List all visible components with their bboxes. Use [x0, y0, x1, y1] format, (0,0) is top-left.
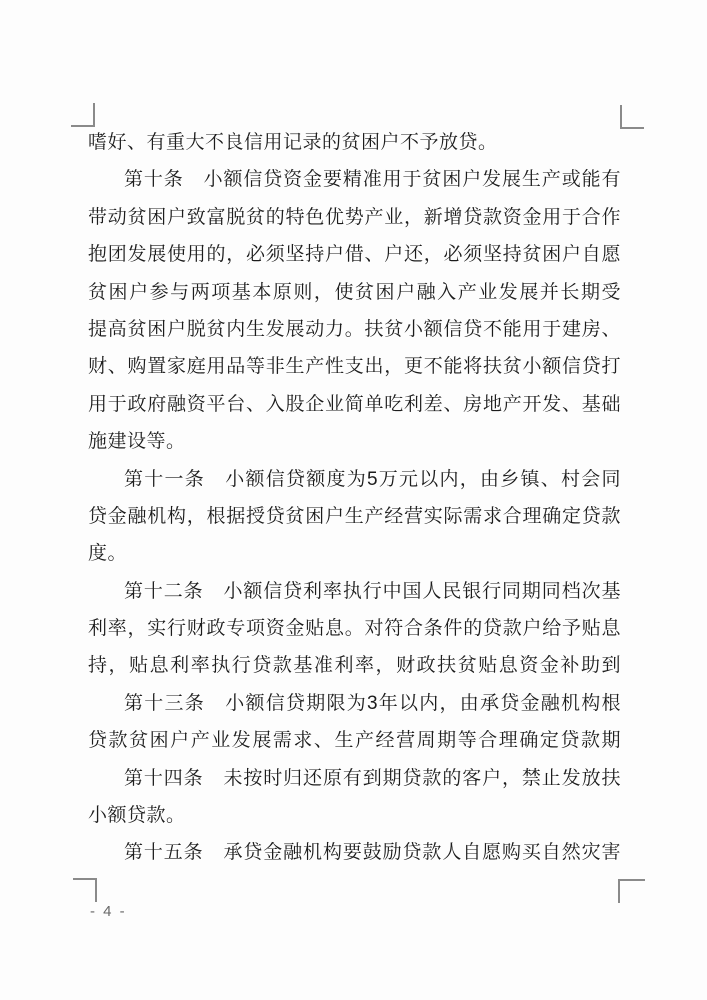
- body-line: 第十三条 小额信贷期限为3年以内，由承贷金融机构根据: [88, 685, 621, 722]
- body-line: 第十四条 未按时归还原有到期贷款的客户，禁止发放扶贫: [88, 760, 621, 797]
- body-line: 第十条 小额信贷资金要精准用于贫困户发展生产或能有效: [88, 161, 621, 198]
- body-line: 嗜好、有重大不良信用记录的贫困户不予放贷。: [88, 124, 621, 161]
- body-line: 持，贴息利率执行贷款基准利率，财政扶贫贴息资金补助到户。: [88, 647, 621, 684]
- body-line: 小额贷款。: [88, 797, 621, 834]
- document-body: 嗜好、有重大不良信用记录的贫困户不予放贷。第十条 小额信贷资金要精准用于贫困户发…: [88, 124, 621, 872]
- page-number: - 4 -: [90, 903, 127, 920]
- body-line: 第十二条 小额信贷利率执行中国人民银行同期同档次基准: [88, 573, 621, 610]
- body-line: 提高贫困户脱贫内生发展动力。扶贫小额信贷不能用于建房、理: [88, 311, 621, 348]
- body-line: 利率，实行财政专项资金贴息。对符合条件的贷款户给予贴息支: [88, 610, 621, 647]
- body-line: 贫困户参与两项基本原则，使贫困户融入产业发展并长期受益，: [88, 274, 621, 311]
- body-line: 度。: [88, 535, 621, 572]
- body-line: 带动贫困户致富脱贫的特色优势产业，新增贷款资金用于合作社: [88, 199, 621, 236]
- body-line: 财、购置家庭用品等非生产性支出，更不能将扶贫小额信贷打包: [88, 348, 621, 385]
- body-line: 用于政府融资平台、入股企业简单吃利差、房地产开发、基础设: [88, 386, 621, 423]
- body-line: 贷金融机构，根据授贷贫困户生产经营实际需求合理确定贷款额: [88, 498, 621, 535]
- body-line: 第十五条 承贷金融机构要鼓励贷款人自愿购买自然灾害和: [88, 834, 621, 871]
- crop-mark-bottom-right-icon: [618, 879, 645, 903]
- crop-mark-top-right-icon: [620, 105, 644, 129]
- body-line: 贷款贫困户产业发展需求、生产经营周期等合理确定贷款期限。: [88, 722, 621, 759]
- body-line: 第十一条 小额信贷额度为5万元以内，由乡镇、村会同承: [88, 461, 621, 498]
- body-line: 抱团发展使用的，必须坚持户借、户还，必须坚持贫困户自愿和: [88, 236, 621, 273]
- crop-mark-bottom-left-icon: [73, 878, 97, 902]
- body-line: 施建设等。: [88, 423, 621, 460]
- document-page: 嗜好、有重大不良信用记录的贫困户不予放贷。第十条 小额信贷资金要精准用于贫困户发…: [0, 0, 707, 1000]
